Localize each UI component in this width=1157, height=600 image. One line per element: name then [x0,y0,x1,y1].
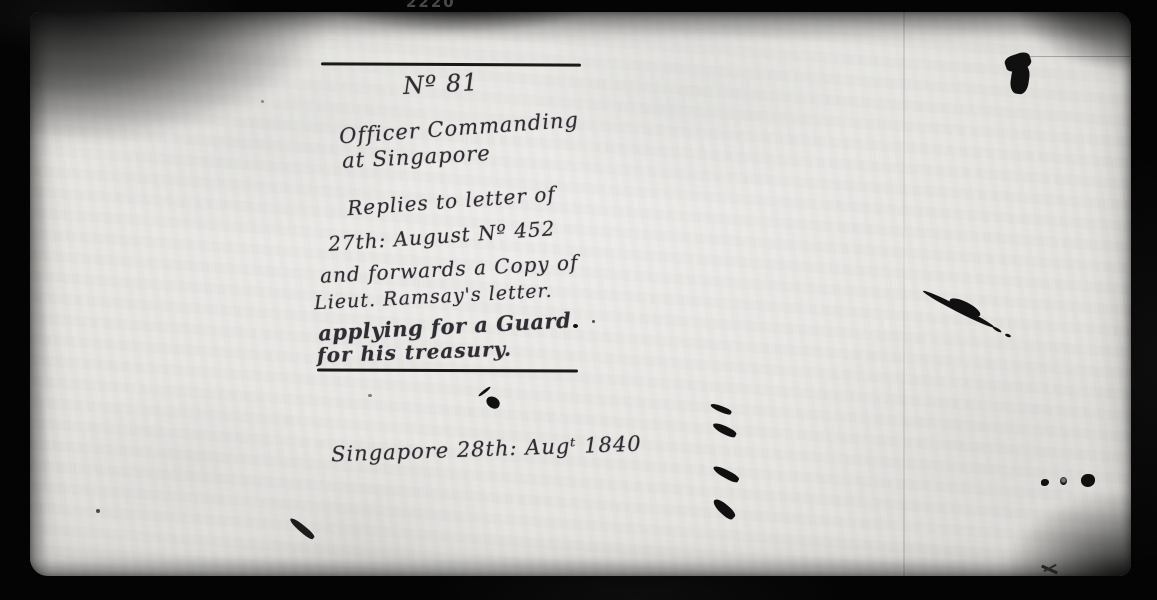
top-middle-smudge [330,12,590,32]
paper-grain-texture [30,12,1131,576]
scanned-document-page: 2220 Nº 81 Officer Commanding at Singapo… [0,0,1157,600]
docket-top-rule [321,62,581,66]
ink-blot [1009,63,1031,95]
ink-speck [261,100,264,103]
horizontal-crease [1030,56,1130,57]
dateline: Singapore 28th: Augᵗ 1840 [331,432,642,467]
pen-stroke [922,288,996,330]
ink-dot [1081,474,1095,487]
docket-number: Nº 81 [402,68,479,100]
left-edge-shadow [30,12,48,576]
pen-stroke-dash [992,326,1002,334]
ink-speck [368,394,372,397]
ink-flick [288,516,315,541]
bottom-right-shadow [1001,491,1131,576]
ink-blot [1003,50,1033,73]
ink-dot [592,320,595,323]
manuscript-paper: Nº 81 Officer Commanding at Singapore Re… [30,12,1131,576]
abstract-line-2: 27th: August Nº 452 [327,216,556,256]
vertical-fold-crease [903,12,905,576]
pen-stroke [947,295,982,320]
top-right-shadow [1020,12,1131,72]
ink-dot [1060,477,1067,485]
ink-cross-mark [1041,565,1058,575]
docket-bottom-rule [317,369,578,373]
top-edge-page-number-fragment: 2220 [406,0,456,11]
ink-dot [573,324,578,328]
pen-stroke-dash [1005,333,1012,338]
ink-dot [1041,479,1049,486]
ink-dash [711,497,737,522]
ink-squiggle [478,386,492,398]
right-edge-shadow [1121,12,1131,576]
ink-dash [712,464,740,484]
top-edge-shadow [30,12,1131,40]
ink-dash [712,421,738,439]
top-left-shadow [30,12,330,142]
ink-cross-mark [1043,564,1056,572]
ink-squiggle [484,395,501,410]
abstract-line-1: Replies to letter of [346,182,556,221]
ink-speck [96,509,100,513]
ink-dash [710,402,733,416]
bottom-edge-shadow [30,558,1131,576]
